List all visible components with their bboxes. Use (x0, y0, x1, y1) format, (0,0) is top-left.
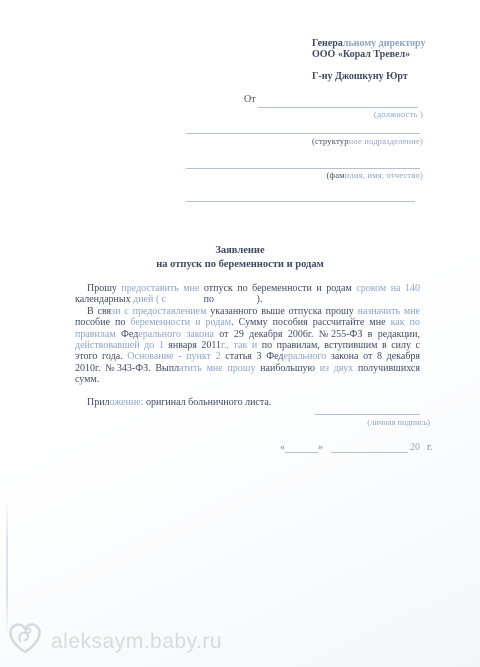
document-title-block: Заявление на отпуск по беременности и ро… (60, 244, 420, 271)
blank-line-fio (186, 157, 420, 169)
recipient-line-director: Генеральному директору (312, 38, 437, 49)
blank-line-department (186, 122, 420, 134)
watermark-text: aleksaym.baby.ru (51, 630, 222, 654)
body-paragraph-request: Прошу предоставить мне отпуск по беремен… (75, 283, 420, 306)
document-title: Заявление (60, 244, 420, 258)
caption-department: (структурное подразделение) (312, 136, 423, 146)
date-month-blank-line (331, 441, 408, 453)
caption-fio: (фамилия, имя, отчество) (326, 170, 423, 180)
date-day-blank-line (285, 441, 318, 453)
watermark: aleksaym.baby.ru (8, 621, 222, 662)
signature-blank-line (315, 403, 420, 415)
scanned-page-edge-line (6, 498, 8, 638)
date-row: « » 20 г. (280, 440, 432, 453)
document-body: Прошу предоставить мне отпуск по беремен… (75, 283, 420, 408)
recipient-line-company: ООО «Корал Тревел» (312, 49, 437, 60)
from-label: От (244, 94, 256, 105)
babyru-heart-logo-icon (8, 621, 42, 662)
caption-signature: (личная подпись) (367, 417, 430, 427)
recipient-block: Генеральному директору ООО «Корал Тревел… (312, 38, 437, 82)
date-close-quote: » (318, 442, 323, 453)
document-page: Генеральному директору ООО «Корал Тревел… (0, 0, 480, 667)
blank-line-extra (186, 190, 415, 202)
recipient-line-addressee: Г-ну Джошкуну Юрт (312, 71, 437, 82)
blank-line-position (258, 96, 418, 108)
date-year-suffix: г. (427, 442, 432, 453)
body-paragraph-benefit: В связи с предоставлением указанного выш… (75, 306, 420, 386)
date-year-prefix: 20 (410, 442, 420, 453)
document-subtitle: на отпуск по беременности и родам (60, 258, 420, 272)
caption-position: (должность ) (374, 109, 423, 119)
